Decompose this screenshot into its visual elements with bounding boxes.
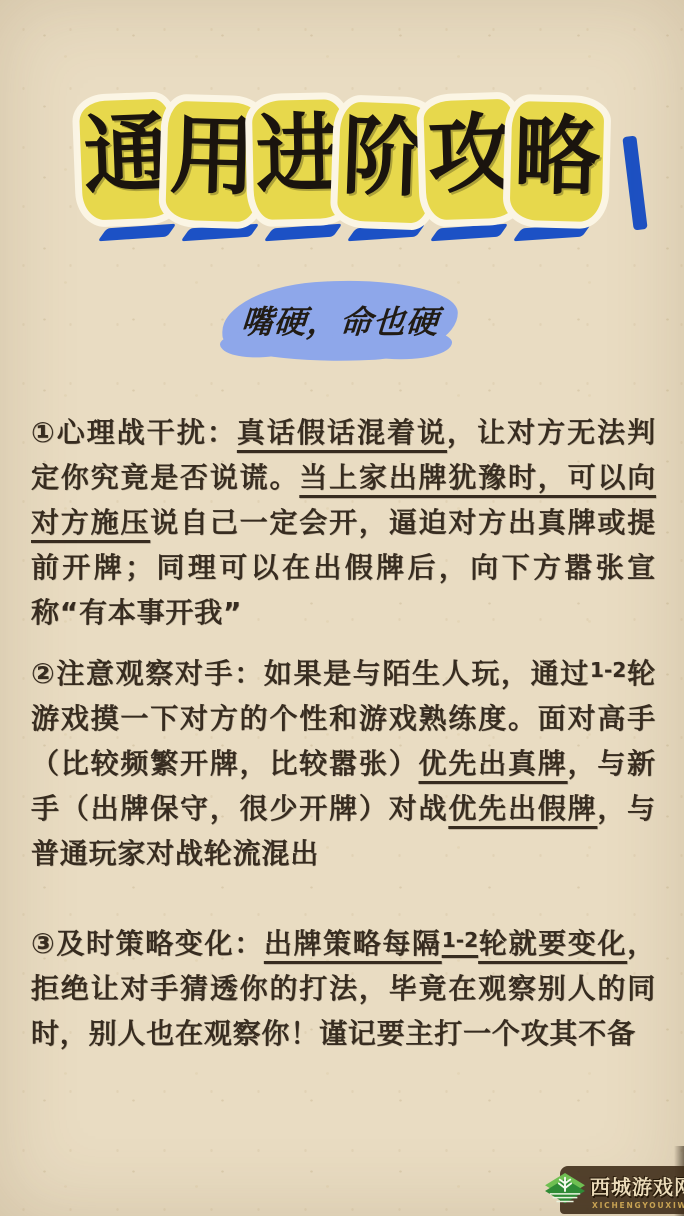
- subtitle-text: 嘴硬，命也硬: [220, 297, 459, 343]
- page-title: 通用进阶攻略: [0, 100, 684, 219]
- title-blue-dash-row: [104, 224, 664, 244]
- title-char: 阶: [337, 101, 433, 223]
- blue-dash: [430, 224, 509, 242]
- tip-paragraph-3: ③及时策略变化：出牌策略每隔1-2轮就要变化，拒绝让对手猜透你的打法，毕竟在观察…: [31, 918, 656, 1056]
- tip-text: ②注意观察对手：如果是与陌生人玩，通过: [31, 657, 590, 690]
- blue-dash: [264, 224, 343, 242]
- strategy-infographic-page: { "page": { "background_color": "#e9dcc2…: [0, 0, 684, 1216]
- title-char: 进: [252, 99, 346, 219]
- watermark-romanized: XICHENGYOUXIWANG: [592, 1201, 684, 1210]
- tip-text-underlined: 真话假话混着说: [237, 416, 447, 449]
- tip-text-number: 1-2: [590, 658, 626, 682]
- tip-text-underlined: 优先出假牌: [448, 792, 597, 825]
- blue-dash: [181, 224, 260, 242]
- wheat-diamond-icon: [544, 1172, 586, 1210]
- tip-text-underlined: 出牌策略每隔: [264, 927, 442, 960]
- title-char: 用: [165, 101, 260, 222]
- title-char: 攻: [423, 99, 519, 220]
- subtitle-banner: 嘴硬，命也硬: [222, 281, 458, 361]
- title-char: 通: [79, 98, 175, 220]
- tip-paragraph-2: ②注意观察对手：如果是与陌生人玩，通过1-2轮游戏摸一下对方的个性和游戏熟练度。…: [31, 648, 656, 876]
- tip-paragraph-1: ①心理战干扰：真话假话混着说，让对方无法判定你究竟是否说谎。当上家出牌犹豫时，可…: [31, 410, 656, 635]
- tip-text-underlined: 轮就要变化: [478, 927, 627, 960]
- tip-text: ③及时策略变化：: [31, 927, 264, 960]
- blue-dash: [347, 224, 426, 242]
- tip-text-number-underlined: 1-2: [442, 928, 478, 952]
- tip-text-underlined: 优先出真牌: [419, 747, 568, 780]
- watermark-site-name: 西城游戏网: [590, 1171, 684, 1200]
- blue-dash: [513, 224, 592, 242]
- site-watermark: 西城游戏网 XICHENGYOUXIWANG: [544, 1166, 684, 1214]
- title-char: 略: [510, 101, 605, 222]
- tip-text: ①心理战干扰：: [31, 416, 237, 449]
- blue-dash: [98, 224, 177, 242]
